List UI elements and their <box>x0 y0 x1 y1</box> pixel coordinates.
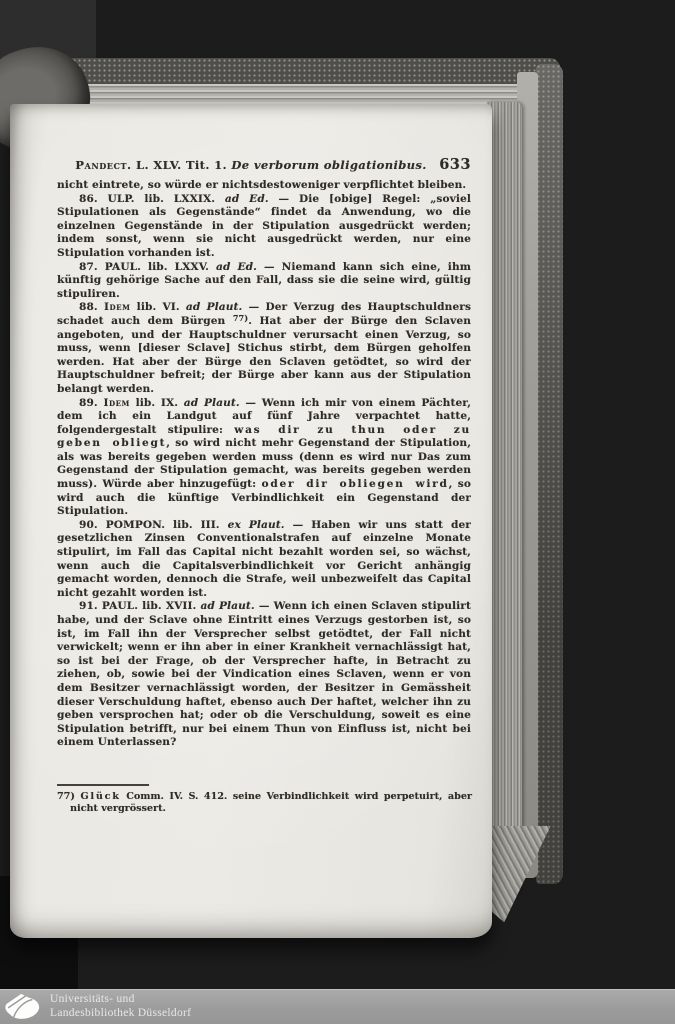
running-head: Pandect. L. XLV. Tit. 1. De verborum obl… <box>57 158 471 176</box>
text-segment-normal: 89. <box>79 397 103 409</box>
text-segment-gesperrt: Glück <box>80 791 120 802</box>
text-segment-normal: 86. ULP. lib. LXXIX. <box>79 193 225 205</box>
text-segment-normal: 77) <box>57 791 80 802</box>
text-segment-normal: nicht eintrete, so würde er nichtsdestow… <box>57 179 466 191</box>
text-segment-italic: De verborum obligationibus. <box>231 158 426 172</box>
paragraph: 90. POMPON. lib. III. ex Plaut. — Haben … <box>57 519 471 601</box>
paragraph: 91. PAUL. lib. XVII. ad Plaut. — Wenn ic… <box>57 600 471 750</box>
text-segment-italic: ad Plaut. <box>200 600 254 612</box>
text-segment-normal: lib. IX. <box>130 397 184 409</box>
ulb-duesseldorf-logo-icon <box>3 992 45 1020</box>
book-scan-viewport: Pandect. L. XLV. Tit. 1. De verborum obl… <box>0 0 675 1024</box>
text-segment-italic: ad Ed. <box>225 193 269 205</box>
footnote-text: 77) Glück Comm. IV. S. 412. seine Verbin… <box>57 791 472 816</box>
page-number: 633 <box>439 156 471 173</box>
footnote-separator <box>57 784 149 786</box>
text-segment-smallcaps: Idem <box>104 301 130 313</box>
text-segment-normal: 91. PAUL. lib. XVII. <box>79 600 200 612</box>
book-cover-right-edge <box>536 64 563 884</box>
text-segment-gesperrt: oder dir obliegen wird <box>262 478 449 490</box>
paragraph: 88. Idem lib. VI. ad Plaut. — Der Verzug… <box>57 301 471 396</box>
text-segment-italic: ad Ed. <box>216 261 257 273</box>
body-paragraphs: nicht eintrete, so würde er nichtsdestow… <box>57 179 471 783</box>
paragraph: 87. PAUL. lib. LXXV. ad Ed. — Niemand ka… <box>57 261 471 302</box>
text-segment-sup: 77) <box>233 313 248 323</box>
library-name-line1: Universitäts- und <box>50 992 191 1006</box>
text-segment-italic: ex Plaut. <box>228 519 285 531</box>
paragraph: 89. Idem lib. IX. ad Plaut. — Wenn ich m… <box>57 397 471 519</box>
text-segment-italic: ad Plaut. <box>186 301 242 313</box>
text-segment-normal: — Wenn ich einen Sclaven stipulirt habe,… <box>57 600 471 748</box>
text-segment-italic: ad Plaut. <box>184 397 240 409</box>
text-segment-normal: lib. VI. <box>130 301 185 313</box>
text-segment-normal: L. XLV. Tit. 1. <box>132 158 232 172</box>
library-name-line2: Landesbibliothek Düsseldorf <box>50 1006 191 1020</box>
text-segment-normal: Comm. IV. S. 412. seine Verbindlichkeit … <box>70 791 472 814</box>
paragraph: 86. ULP. lib. LXXIX. ad Ed. — Die [obige… <box>57 193 471 261</box>
library-footer-bar: Universitäts- und Landesbibliothek Düsse… <box>0 989 675 1024</box>
text-segment-normal: 88. <box>79 301 104 313</box>
text-segment-normal: 87. PAUL. lib. LXXV. <box>79 261 216 273</box>
library-name: Universitäts- und Landesbibliothek Düsse… <box>50 992 191 1020</box>
text-segment-normal: 90. POMPON. lib. III. <box>79 519 228 531</box>
text-segment-smallcaps: Pandect. <box>75 158 131 172</box>
running-head-title: Pandect. L. XLV. Tit. 1. De verborum obl… <box>75 158 452 172</box>
paragraph: nicht eintrete, so würde er nichtsdestow… <box>57 179 471 193</box>
text-segment-smallcaps: Idem <box>103 397 129 409</box>
